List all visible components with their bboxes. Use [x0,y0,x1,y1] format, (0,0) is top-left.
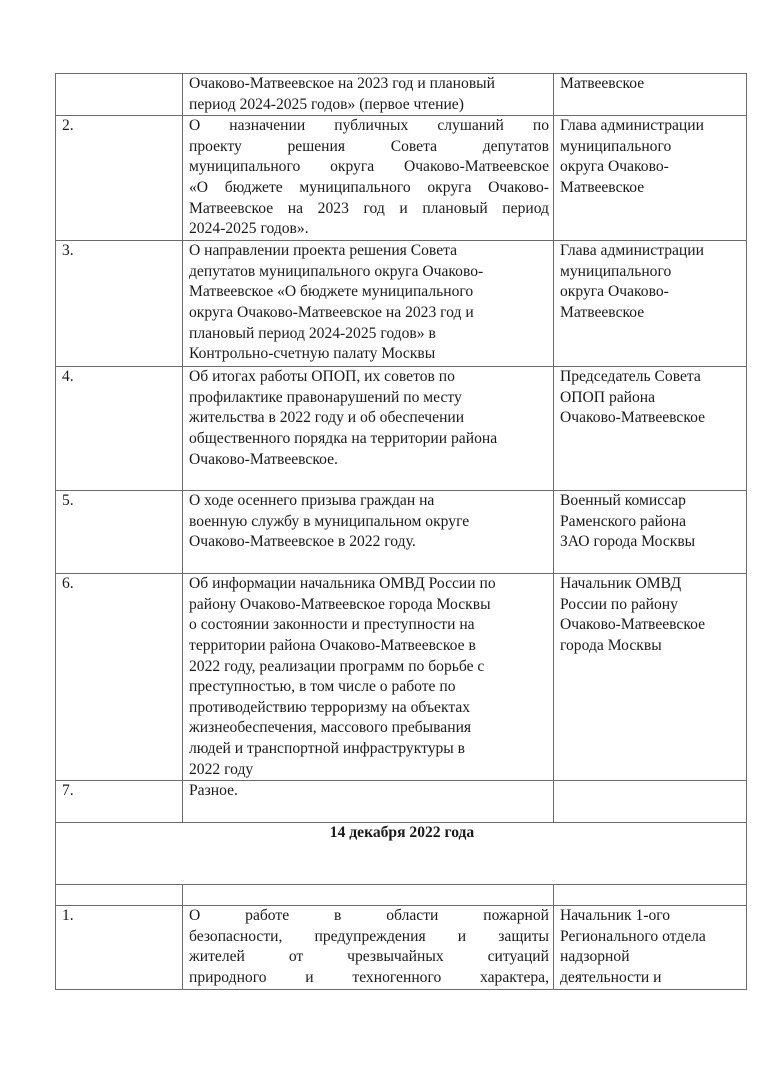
item-number: 6. [56,574,183,781]
item-topic: Разное. [183,781,554,823]
item-responsible [554,781,747,823]
item-number: 7. [56,781,183,823]
date-heading-row: 14 декабря 2022 года [56,823,747,885]
item-topic: О ходе осеннего призыва граждан на военн… [183,491,554,574]
document-page: Очаково-Матвеевское на 2023 год и планов… [0,0,763,1080]
empty-cell [183,885,554,906]
item-number: 4. [56,367,183,491]
item-responsible: Начальник ОМВД России по району Очаково-… [554,574,747,781]
table-row: Очаково-Матвеевское на 2023 год и планов… [56,74,747,116]
item-number [56,74,183,116]
table-row: 2. О назначении публичных слушаний по пр… [56,116,747,241]
item-topic: Об итогах работы ОПОП, их советов по про… [183,367,554,491]
item-number: 3. [56,241,183,367]
empty-cell [554,885,747,906]
item-topic: Очаково-Матвеевское на 2023 год и планов… [183,74,554,116]
agenda-table: Очаково-Матвеевское на 2023 год и планов… [55,73,747,990]
empty-row [56,885,747,906]
item-responsible: Глава администрации муниципального округ… [554,241,747,367]
date-heading: 14 декабря 2022 года [56,823,747,885]
item-topic: О назначении публичных слушаний по проек… [183,116,554,241]
item-responsible: Матвеевское [554,74,747,116]
table-row: 6. Об информации начальника ОМВД России … [56,574,747,781]
item-topic: О направлении проекта решения Совета деп… [183,241,554,367]
table-row: 1. О работе в области пожарной безопасно… [56,906,747,990]
item-number: 5. [56,491,183,574]
item-number: 2. [56,116,183,241]
item-responsible: Начальник 1-ого Регионального отдела над… [554,906,747,990]
table-row: 4. Об итогах работы ОПОП, их советов по … [56,367,747,491]
table-row: 5. О ходе осеннего призыва граждан на во… [56,491,747,574]
empty-cell [56,885,183,906]
item-responsible: Военный комиссар Раменского района ЗАО г… [554,491,747,574]
item-topic: О работе в области пожарной безопасности… [183,906,554,990]
table-row: 7. Разное. [56,781,747,823]
table-row: 3. О направлении проекта решения Совета … [56,241,747,367]
item-number: 1. [56,906,183,990]
item-topic: Об информации начальника ОМВД России по … [183,574,554,781]
item-responsible: Председатель Совета ОПОП района Очаково-… [554,367,747,491]
item-responsible: Глава администрации муниципального округ… [554,116,747,241]
